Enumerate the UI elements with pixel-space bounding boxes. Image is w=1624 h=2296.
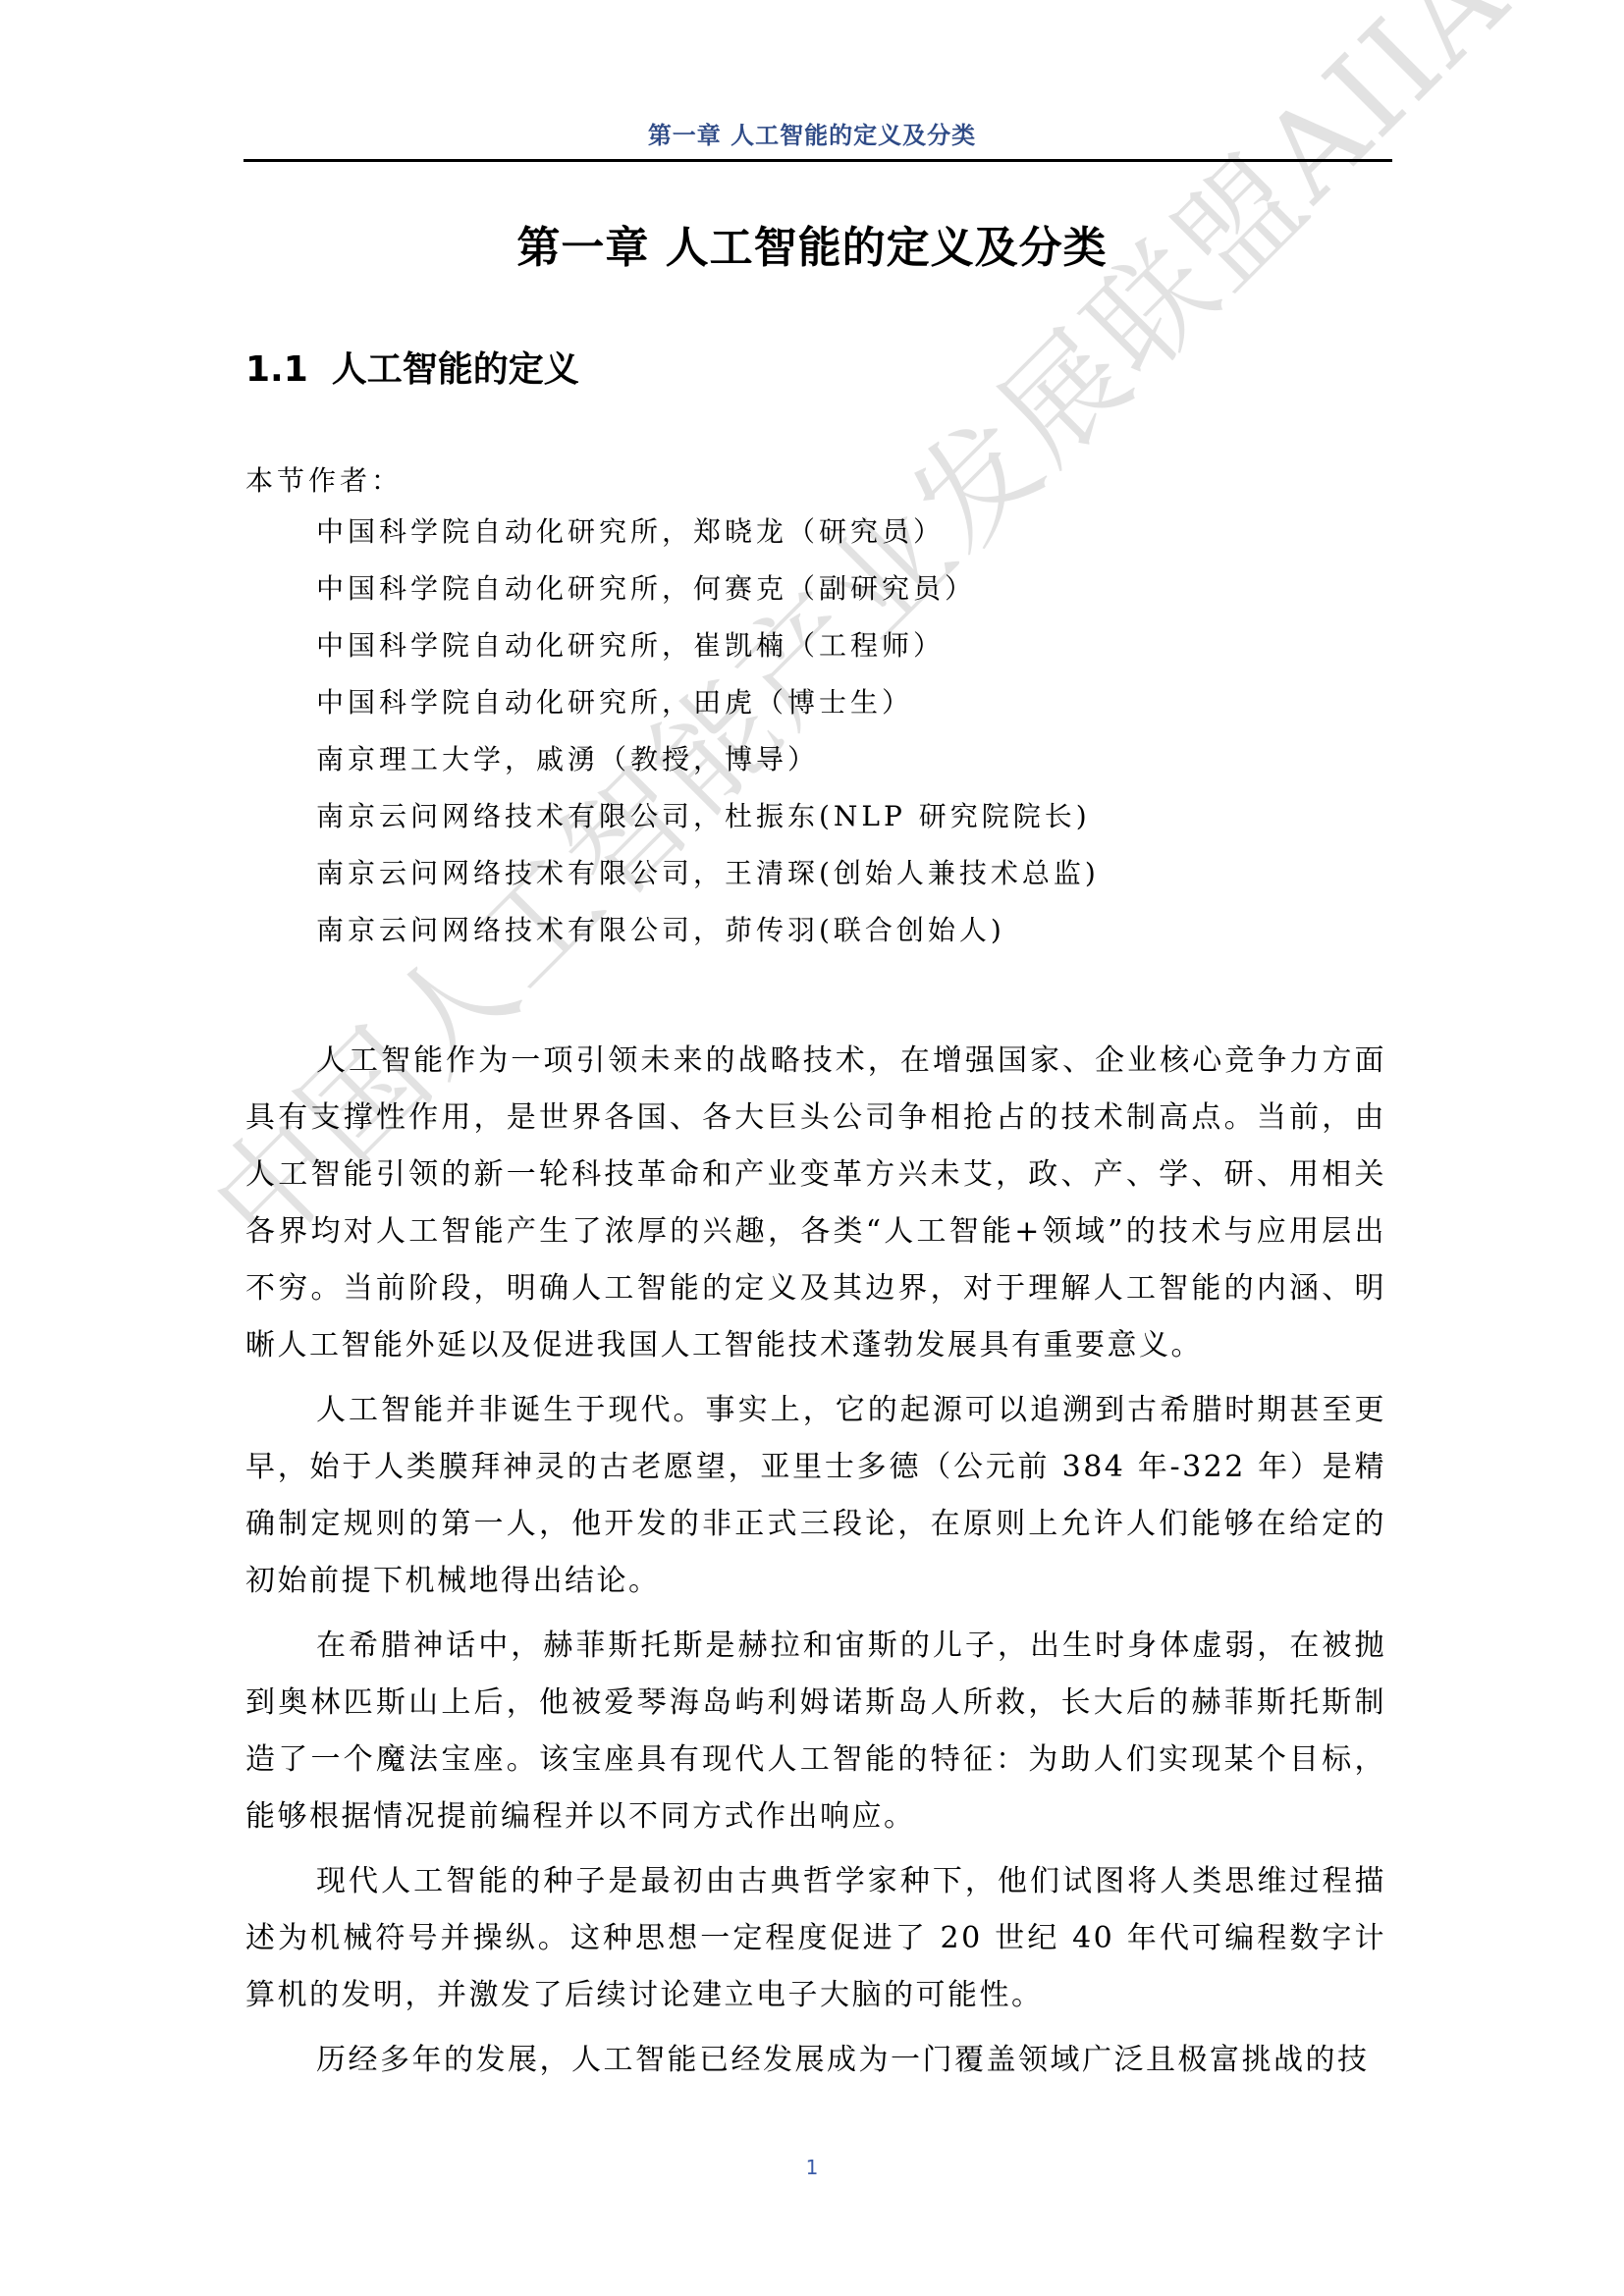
paragraph: 人工智能作为一项引领未来的战略技术，在增强国家、企业核心竞争力方面具有支撑性作用… [245,1033,1386,1374]
paragraph: 历经多年的发展，人工智能已经发展成为一门覆盖领域广泛且极富挑战的技 [245,2032,1386,2089]
paragraph: 人工智能并非诞生于现代。事实上，它的起源可以追溯到古希腊时期甚至更早，始于人类膜… [245,1382,1386,1610]
author-item: 中国科学院自动化研究所，田虎（博士生） [316,683,1100,740]
author-item: 南京理工大学，戚湧（教授，博导） [316,740,1100,797]
paragraph: 现代人工智能的种子是最初由古典哲学家种下，他们试图将人类思维过程描述为机械符号并… [245,1853,1386,2024]
author-item: 南京云问网络技术有限公司，茆传羽(联合创始人) [316,911,1100,968]
author-item: 中国科学院自动化研究所，郑晓龙（研究员） [316,512,1100,569]
author-item: 南京云问网络技术有限公司，杜振东(NLP 研究院院长) [316,797,1100,854]
paragraph: 在希腊神话中，赫菲斯托斯是赫拉和宙斯的儿子，出生时身体虚弱，在被抛到奥林匹斯山上… [245,1618,1386,1845]
authors-list: 中国科学院自动化研究所，郑晓龙（研究员） 中国科学院自动化研究所，何赛克（副研究… [316,512,1100,968]
section-number: 1.1 [245,349,308,390]
header-divider [244,159,1392,162]
author-item: 中国科学院自动化研究所，何赛克（副研究员） [316,569,1100,626]
author-item: 中国科学院自动化研究所，崔凯楠（工程师） [316,626,1100,683]
section-title: 人工智能的定义 [332,349,579,390]
document-page: 中国人工智能产业发展联盟AIIA 第一章 人工智能的定义及分类 第一章 人工智能… [0,0,1624,2296]
running-header: 第一章 人工智能的定义及分类 [0,116,1624,150]
author-item: 南京云问网络技术有限公司，王清琛(创始人兼技术总监) [316,854,1100,911]
section-heading: 1.1人工智能的定义 [245,342,579,392]
chapter-title: 第一章 人工智能的定义及分类 [0,212,1624,275]
page-number: 1 [0,2156,1624,2179]
body-text: 人工智能作为一项引领未来的战略技术，在增强国家、企业核心竞争力方面具有支撑性作用… [245,1033,1386,2089]
authors-label: 本节作者： [245,459,403,499]
